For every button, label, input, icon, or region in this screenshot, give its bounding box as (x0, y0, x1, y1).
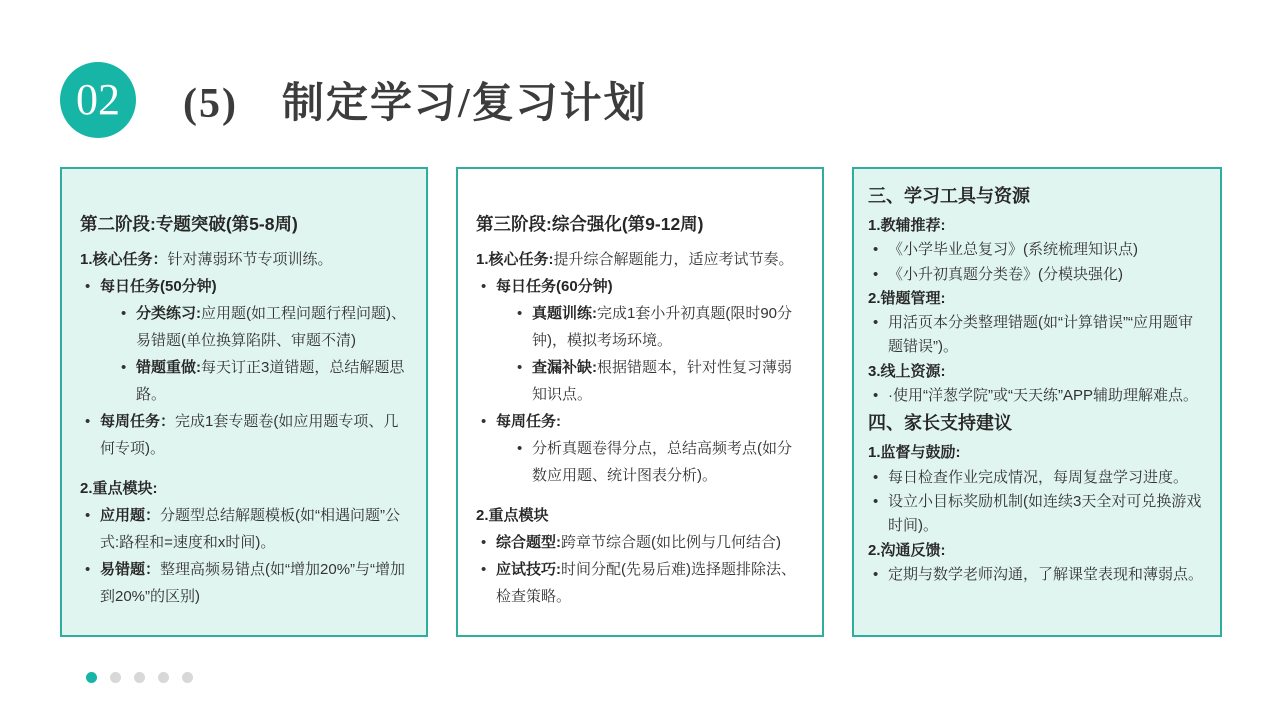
bullet-icon: • (80, 556, 100, 610)
card-line-text: 应试技巧:时间分配(先易后难)选择题排除法、检查策略。 (496, 556, 804, 610)
card-line-text: 2.重点模块 (476, 507, 549, 524)
card-line: •每周任务: (476, 408, 804, 435)
card-line-text: 查漏补缺:根据错题本，针对性复习薄弱知识点。 (532, 354, 804, 408)
card-heading: 三、学习工具与资源 (868, 183, 1206, 210)
card-line: 2.沟通反馈: (868, 539, 1206, 563)
bullet-icon: • (868, 238, 888, 262)
card-line-text: 第三阶段:综合强化(第9-12周) (476, 214, 704, 234)
bullet-icon: • (80, 273, 100, 300)
bullet-icon: • (868, 384, 888, 408)
pagination-dot-active[interactable] (86, 672, 97, 683)
card-line-text: 用活页本分类整理错题(如“计算错误”“应用题审题错误”)。 (888, 311, 1206, 360)
bullet-icon: • (476, 408, 496, 435)
card-line-text: ·使用“洋葱学院”或“天天练”APP辅助理解难点。 (888, 384, 1206, 408)
card-line-text: 易错题：整理高频易错点(如“增加20%”与“增加到20%”的区别) (100, 556, 408, 610)
card-line-text: 综合题型:跨章节综合题(如比例与几何结合) (496, 529, 804, 556)
page-title: (5) 制定学习/复习计划 (183, 70, 648, 130)
bullet-icon: • (512, 354, 532, 408)
card-line: •易错题：整理高频易错点(如“增加20%”与“增加到20%”的区别) (80, 556, 408, 610)
card-line: •每周任务：完成1套专题卷(如应用题专项、几何专项)。 (80, 408, 408, 462)
card-line: •定期与数学老师沟通，了解课堂表现和薄弱点。 (868, 563, 1206, 587)
card-line-text: 每周任务：完成1套专题卷(如应用题专项、几何专项)。 (100, 408, 408, 462)
card-heading: 四、家长支持建议 (868, 410, 1206, 437)
chapter-number: 02 (76, 78, 120, 122)
bullet-icon: • (116, 354, 136, 408)
card-line-text: 分析真题卷得分点，总结高频考点(如分数应用题、统计图表分析)。 (532, 435, 804, 489)
card-line: •真题训练:完成1套小升初真题(限时90分钟)，模拟考场环境。 (512, 300, 804, 354)
card-line: •查漏补缺:根据错题本，针对性复习薄弱知识点。 (512, 354, 804, 408)
bullet-icon: • (868, 563, 888, 587)
card-tools-parents: 三、学习工具与资源1.教辅推荐:•《小学毕业总复习》(系统梳理知识点)•《小升初… (852, 167, 1222, 637)
bullet-icon: • (868, 490, 888, 539)
card-line-text: 2.沟通反馈: (868, 542, 946, 559)
bullet-icon: • (116, 300, 136, 354)
bullet-icon: • (868, 311, 888, 360)
card-line: 2.重点模块: (80, 475, 408, 502)
card-line: 2.错题管理: (868, 287, 1206, 311)
pagination-dot[interactable] (110, 672, 121, 683)
card-line: •应试技巧:时间分配(先易后难)选择题排除法、检查策略。 (476, 556, 804, 610)
card-line-text: 2.重点模块: (80, 480, 158, 497)
card-line-text: 每日任务(60分钟) (496, 273, 804, 300)
card-line-text: 《小学毕业总复习》(系统梳理知识点) (888, 238, 1206, 262)
card-line-text: 应用题：分题型总结解题模板(如“相遇问题”公式:路程和=速度和x时间)。 (100, 502, 408, 556)
card-stage2: 第二阶段:专题突破(第5-8周)1.核心任务：针对薄弱环节专项训练。•每日任务(… (60, 167, 428, 637)
card-line-text: 每日任务(50分钟) (100, 273, 408, 300)
bullet-icon: • (512, 435, 532, 489)
card-line-text: 真题训练:完成1套小升初真题(限时90分钟)，模拟考场环境。 (532, 300, 804, 354)
card-line-text: 定期与数学老师沟通，了解课堂表现和薄弱点。 (888, 563, 1206, 587)
pagination (86, 672, 193, 683)
card-line-text: 每周任务: (496, 408, 804, 435)
card-line-text: 《小升初真题分类卷》(分模块强化) (888, 263, 1206, 287)
pagination-dot[interactable] (158, 672, 169, 683)
card-stage3: 第三阶段:综合强化(第9-12周)1.核心任务:提升综合解题能力，适应考试节奏。… (456, 167, 824, 637)
card-line: 1.核心任务：针对薄弱环节专项训练。 (80, 246, 408, 273)
card-line: •每日任务(50分钟) (80, 273, 408, 300)
card-line: 1.核心任务:提升综合解题能力，适应考试节奏。 (476, 246, 804, 273)
card-line-text: 1.监督与鼓励: (868, 444, 961, 461)
card-line-text: 错题重做:每天订正3道错题，总结解题思路。 (136, 354, 408, 408)
card-line: •分类练习:应用题(如工程问题行程问题)、易错题(单位换算陷阱、审题不清) (116, 300, 408, 354)
bullet-icon: • (476, 273, 496, 300)
card-line: •每日任务(60分钟) (476, 273, 804, 300)
card-line: •设立小目标奖励机制(如连续3天全对可兑换游戏时间)。 (868, 490, 1206, 539)
bullet-icon: • (80, 502, 100, 556)
card-line-text: 2.错题管理: (868, 290, 946, 307)
card-line-text: 每日检查作业完成情况，每周复盘学习进度。 (888, 466, 1206, 490)
bullet-icon: • (476, 529, 496, 556)
card-line-text: 1.教辅推荐: (868, 217, 946, 234)
bullet-icon: • (868, 466, 888, 490)
card-line: •综合题型:跨章节综合题(如比例与几何结合) (476, 529, 804, 556)
card-line: 1.教辅推荐: (868, 214, 1206, 238)
card-line-text: 设立小目标奖励机制(如连续3天全对可兑换游戏时间)。 (888, 490, 1206, 539)
card-line-text: 分类练习:应用题(如工程问题行程问题)、易错题(单位换算陷阱、审题不清) (136, 300, 408, 354)
pagination-dot[interactable] (134, 672, 145, 683)
card-line: 3.线上资源: (868, 360, 1206, 384)
bullet-icon: • (512, 300, 532, 354)
card-line-text: 四、家长支持建议 (868, 413, 1012, 433)
chapter-badge: 02 (60, 62, 136, 138)
card-line: 2.重点模块 (476, 502, 804, 529)
card-line: •《小升初真题分类卷》(分模块强化) (868, 263, 1206, 287)
pagination-dot[interactable] (182, 672, 193, 683)
slide: 02 (5) 制定学习/复习计划 第二阶段:专题突破(第5-8周)1.核心任务：… (0, 0, 1280, 720)
card-line: •每日检查作业完成情况，每周复盘学习进度。 (868, 466, 1206, 490)
card-line: 1.监督与鼓励: (868, 441, 1206, 465)
bullet-icon: • (476, 556, 496, 610)
bullet-icon: • (868, 263, 888, 287)
card-line-text: 三、学习工具与资源 (868, 186, 1030, 206)
bullet-icon: • (80, 408, 100, 462)
card-line-text: 3.线上资源: (868, 363, 946, 380)
card-heading: 第二阶段:专题突破(第5-8周) (80, 211, 408, 237)
card-line: •《小学毕业总复习》(系统梳理知识点) (868, 238, 1206, 262)
card-line: •应用题：分题型总结解题模板(如“相遇问题”公式:路程和=速度和x时间)。 (80, 502, 408, 556)
card-line-text: 1.核心任务:提升综合解题能力，适应考试节奏。 (476, 251, 794, 268)
card-heading: 第三阶段:综合强化(第9-12周) (476, 211, 804, 237)
card-line: •分析真题卷得分点，总结高频考点(如分数应用题、统计图表分析)。 (512, 435, 804, 489)
card-line-text: 第二阶段:专题突破(第5-8周) (80, 214, 298, 234)
card-line: •错题重做:每天订正3道错题，总结解题思路。 (116, 354, 408, 408)
card-line-text: 1.核心任务：针对薄弱环节专项训练。 (80, 251, 333, 268)
card-line: •用活页本分类整理错题(如“计算错误”“应用题审题错误”)。 (868, 311, 1206, 360)
card-line: •·使用“洋葱学院”或“天天练”APP辅助理解难点。 (868, 384, 1206, 408)
